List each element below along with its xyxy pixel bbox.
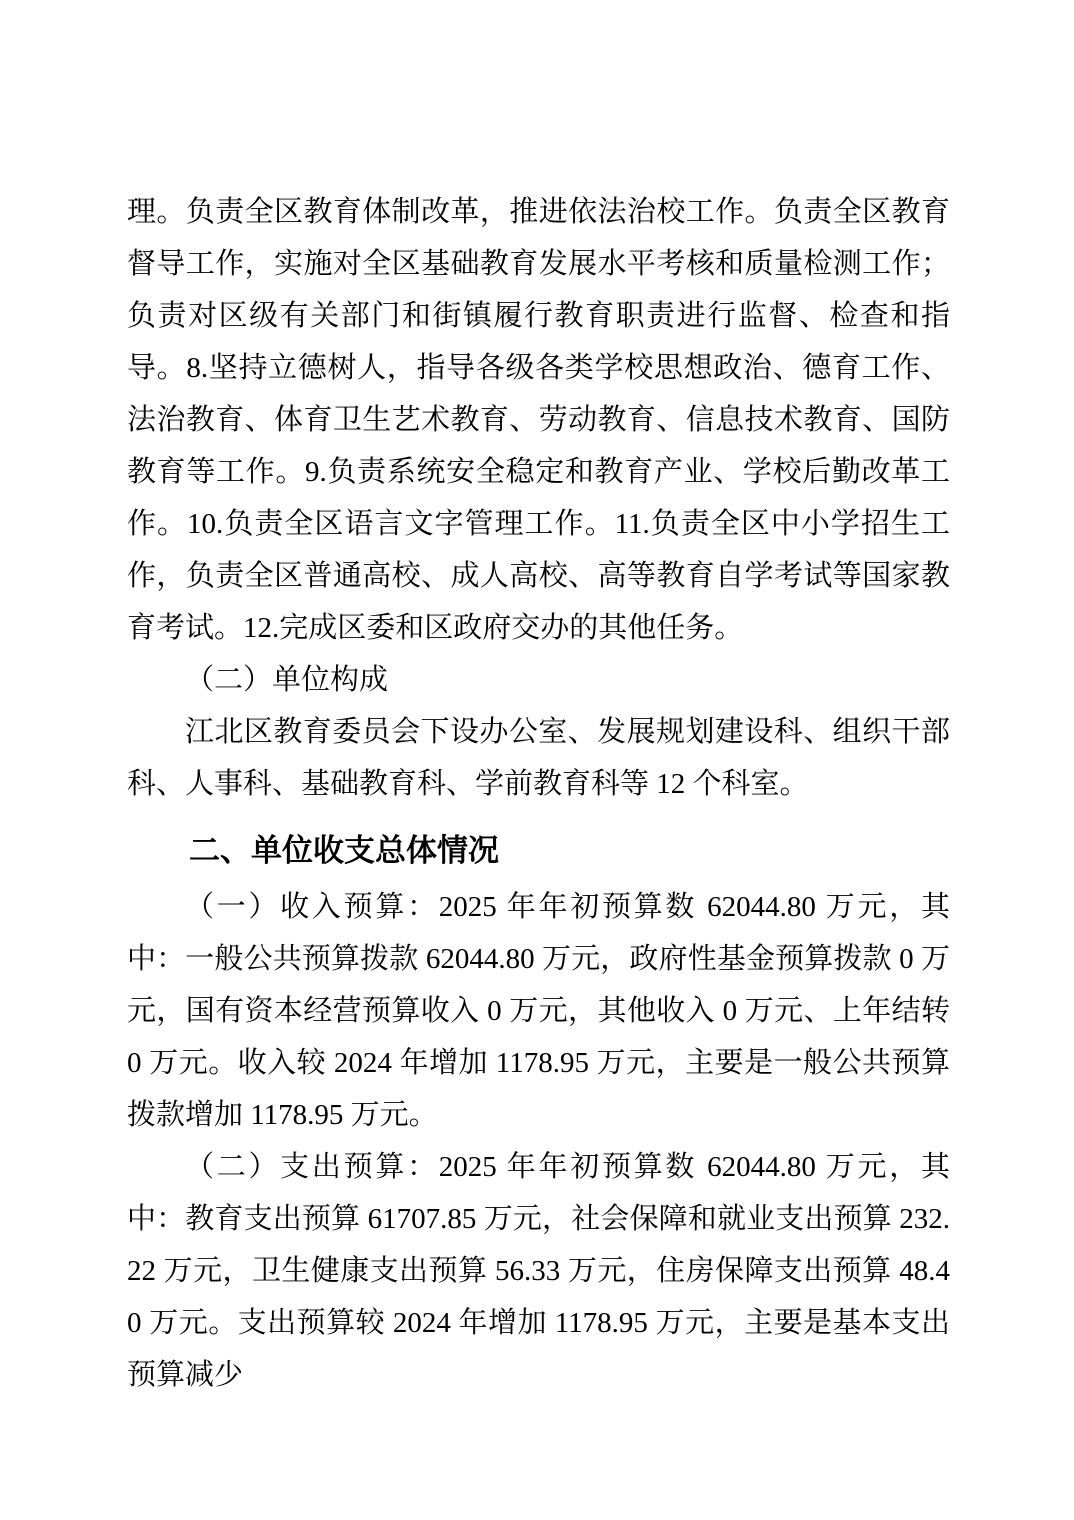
paragraph-expenditure-budget: （二）支出预算：2025 年年初预算数 62044.80 万元，其中：教育支出预…: [127, 1141, 950, 1401]
paragraph-revenue-budget: （一）收入预算：2025 年年初预算数 62044.80 万元，其中：一般公共预…: [127, 881, 950, 1141]
section-heading-revenue-expenditure-overview: 二、单位收支总体情况: [127, 825, 950, 877]
paragraph-unit-composition: 江北区教育委员会下设办公室、发展规划建设科、组织干部科、人事科、基础教育科、学前…: [127, 706, 950, 810]
subheading-unit-composition: （二）单位构成: [127, 654, 950, 706]
document-page: 理。负责全区教育体制改革，推进依法治校工作。负责全区教育督导工作，实施对全区基础…: [0, 0, 1074, 1520]
paragraph-duties-continued: 理。负责全区教育体制改革，推进依法治校工作。负责全区教育督导工作，实施对全区基础…: [127, 186, 950, 654]
